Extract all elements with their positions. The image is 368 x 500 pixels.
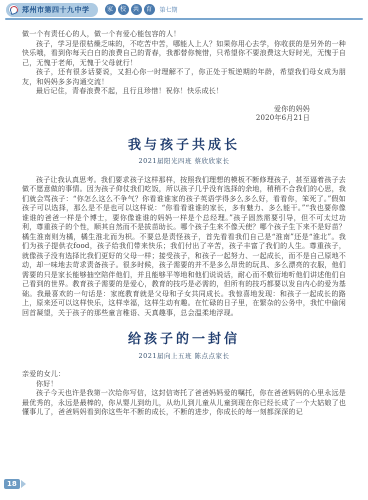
page-content: 做一个有责任心的人，做一个有爱心能包容的人！ 孩子，学习是很枯燥乏味的，不吃苦中… [22,30,346,418]
letter-paragraph: 最后记住，青春浪费不起，且行且珍惜！祝你！快乐成长！ [22,87,346,97]
article-byline: 2021届阳光四班 蔡欣欣家长 [22,157,346,167]
badge-icon: 校 [118,4,129,15]
letter-paragraph: 孩子，学习是很枯燥乏味的，不吃苦中苦，哪能人上人？如果你用心去学，你收获的是另外… [22,40,346,69]
letter-line: 你好！ [22,380,346,390]
page-number-ribbon-icon [21,480,26,488]
page-header: 郑州市第四十九中学 家 校 共 育 第七期 [6,2,362,17]
school-logo-icon [8,4,19,15]
issue-label: 第七期 [160,5,178,14]
letter-paragraph: 孩子今天也许是我第一次给你写信，这封信寄托了爸爸妈妈爱的嘱托，你在爸爸妈妈的心里… [22,389,346,418]
school-banner: 郑州市第四十九中学 [6,3,98,17]
signature: 爱你的妈妈 [22,105,310,115]
article-body: 孩子让我认真思考。我们要求孩子这样那样，按照我们理想的模板不断修理孩子，甚至逼着… [22,176,346,319]
badge-icon: 共 [131,4,142,15]
letter-line: 做一个有责任心的人，做一个有爱心能包容的人！ [22,30,346,40]
school-name: 郑州市第四十九中学 [22,5,90,15]
page-number-block: 18 [4,479,26,489]
page-number: 18 [4,479,20,489]
badge-row: 家 校 共 育 [105,4,155,15]
badge-icon: 家 [105,4,116,15]
article-title: 给孩子的一封信 [22,335,346,345]
header-divider [5,18,363,20]
article-byline: 2021届向上五班 陈点点家长 [22,352,346,362]
letter-greeting: 亲爱的女儿： [22,370,346,380]
signature-date: 2020年6月21日 [22,114,310,124]
newsletter-page: 郑州市第四十九中学 家 校 共 育 第七期 做一个有责任心的人，做一个有爱心能包… [0,0,368,500]
article-title: 我与孩子共成长 [22,141,346,151]
letter-paragraph: 孩子，还有很多话要说，又担心你一时理解不了，你正处于叛逆期的年龄，希望我们母女成… [22,68,346,87]
badge-icon: 育 [144,4,155,15]
signature-block: 爱你的妈妈 2020年6月21日 [22,105,346,124]
